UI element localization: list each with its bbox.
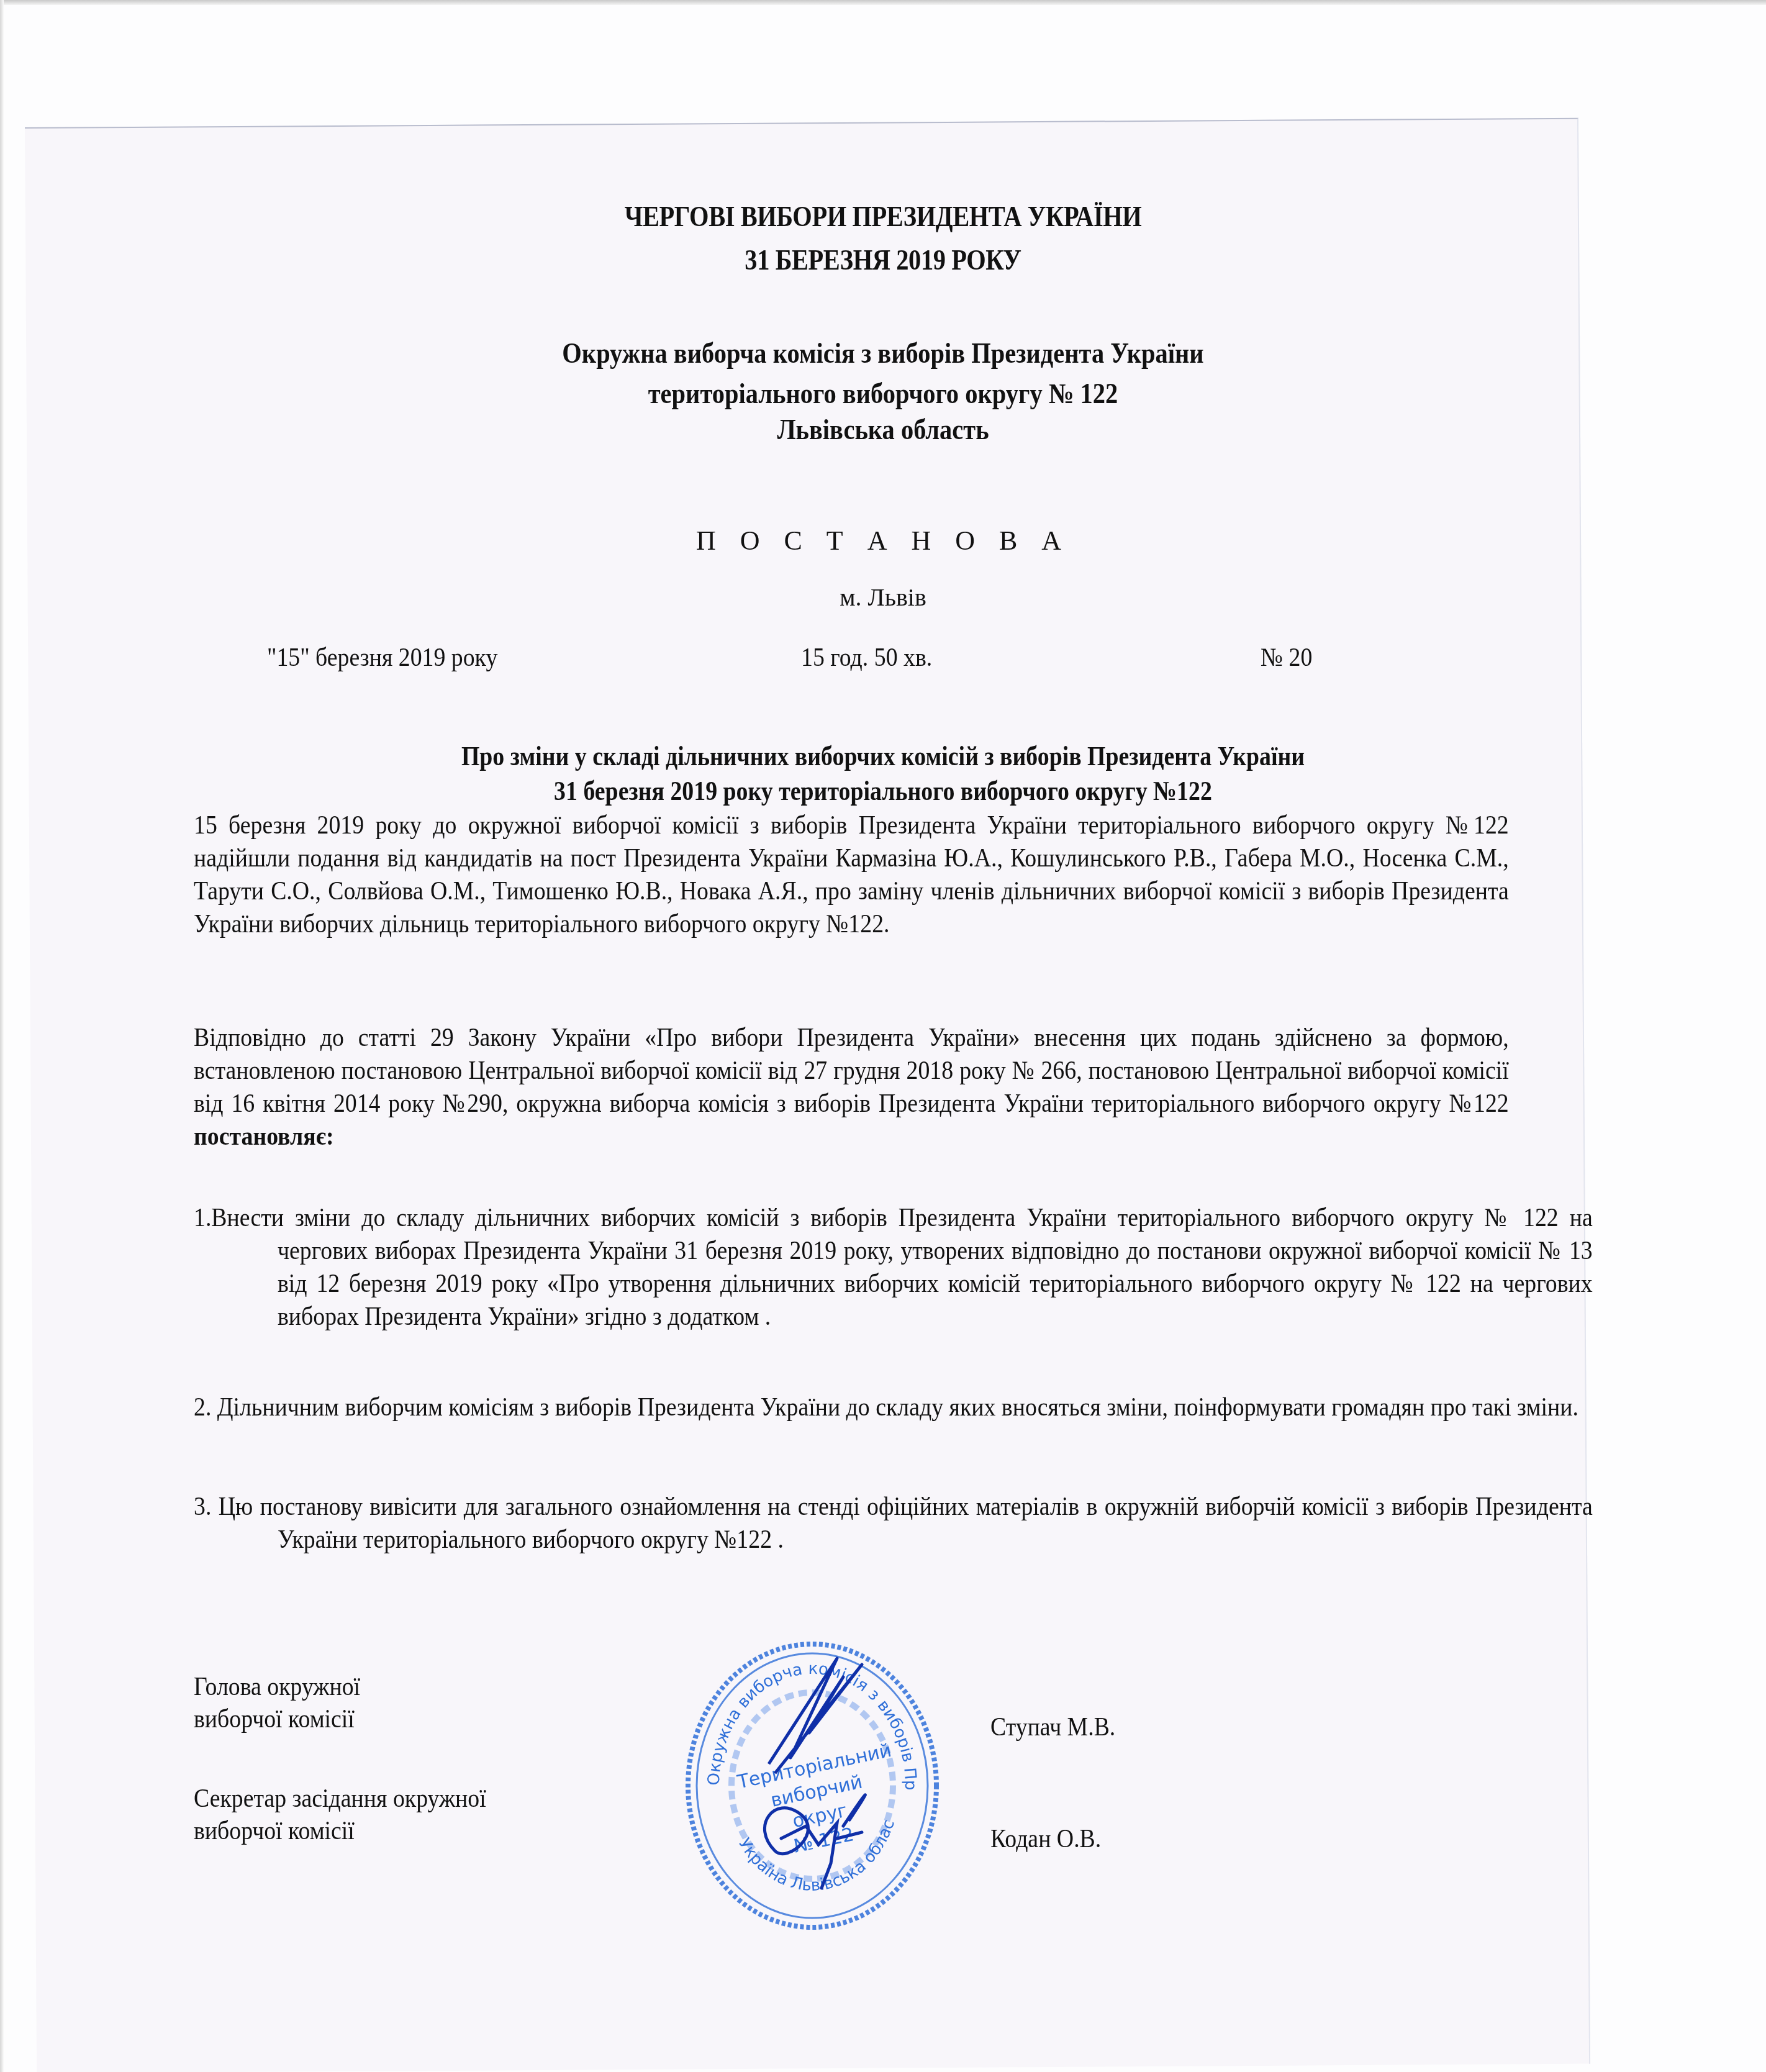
subject-line-1: Про зміни у складі дільничних виборчих к…	[124, 739, 1642, 774]
seal-icon: Окружна виборча комісія з виборів Презид…	[682, 1640, 943, 1932]
secretary-title-line-2: виборчої комісії	[194, 1815, 355, 1848]
body-paragraph-2-text: Відповідно до статті 29 Закону України «…	[194, 1022, 1509, 1153]
resolution-item-2: 2. Дільничним виборчим комісіям з виборі…	[194, 1391, 1509, 1424]
resolution-item-2-text: 2. Дільничним виборчим комісіям з виборі…	[194, 1391, 1593, 1424]
election-title: ЧЕРГОВІ ВИБОРИ ПРЕЗИДЕНТА УКРАЇНИ	[106, 198, 1660, 236]
commission-district: територіального виборчого округу № 122	[106, 376, 1660, 412]
document-number: № 20	[1261, 643, 1312, 673]
commission-name: Окружна виборча комісія з виборів Презид…	[106, 335, 1660, 371]
commission-region: Львівська область	[106, 412, 1660, 448]
body-paragraph-2: Відповідно до статті 29 Закону України «…	[194, 1022, 1509, 1153]
resolution-item-1: 1.Внести зміни до складу дільничних вибо…	[194, 1202, 1509, 1334]
resolution-item-1-text: 1.Внести зміни до складу дільничних вибо…	[194, 1202, 1593, 1334]
body-paragraph-2-verdict: постановляє:	[194, 1122, 334, 1151]
chair-name: Ступач М.В.	[990, 1711, 1115, 1744]
document-city: м. Львів	[0, 583, 1766, 612]
secretary-title-line-1: Секретар засідання окружної	[194, 1783, 486, 1815]
official-seal: Окружна виборча комісія з виборів Презид…	[682, 1640, 943, 1932]
chair-title-line-2: виборчої комісії	[194, 1703, 355, 1736]
body-paragraph-2-main: Відповідно до статті 29 Закону України «…	[194, 1024, 1509, 1118]
document-type: П О С Т А Н О В А	[0, 525, 1766, 557]
resolution-item-3-text: 3. Цю постанову вивісити для загального …	[194, 1491, 1593, 1556]
secretary-name: Кодан О.В.	[990, 1823, 1101, 1856]
document-time: 15 год. 50 хв.	[801, 643, 932, 673]
body-paragraph-1-text: 15 березня 2019 року до окружної виборчо…	[194, 809, 1509, 941]
election-date: 31 БЕРЕЗНЯ 2019 РОКУ	[106, 241, 1660, 279]
body-paragraph-1: 15 березня 2019 року до окружної виборчо…	[194, 809, 1509, 941]
subject-line-2: 31 березня 2019 року територіального виб…	[124, 774, 1642, 809]
chair-title-line-1: Голова окружної	[194, 1671, 360, 1704]
document-date: "15" березня 2019 року	[267, 643, 497, 673]
document-content: ЧЕРГОВІ ВИБОРИ ПРЕЗИДЕНТА УКРАЇНИ 31 БЕР…	[0, 0, 1766, 2072]
resolution-item-3: 3. Цю постанову вивісити для загального …	[194, 1491, 1509, 1556]
